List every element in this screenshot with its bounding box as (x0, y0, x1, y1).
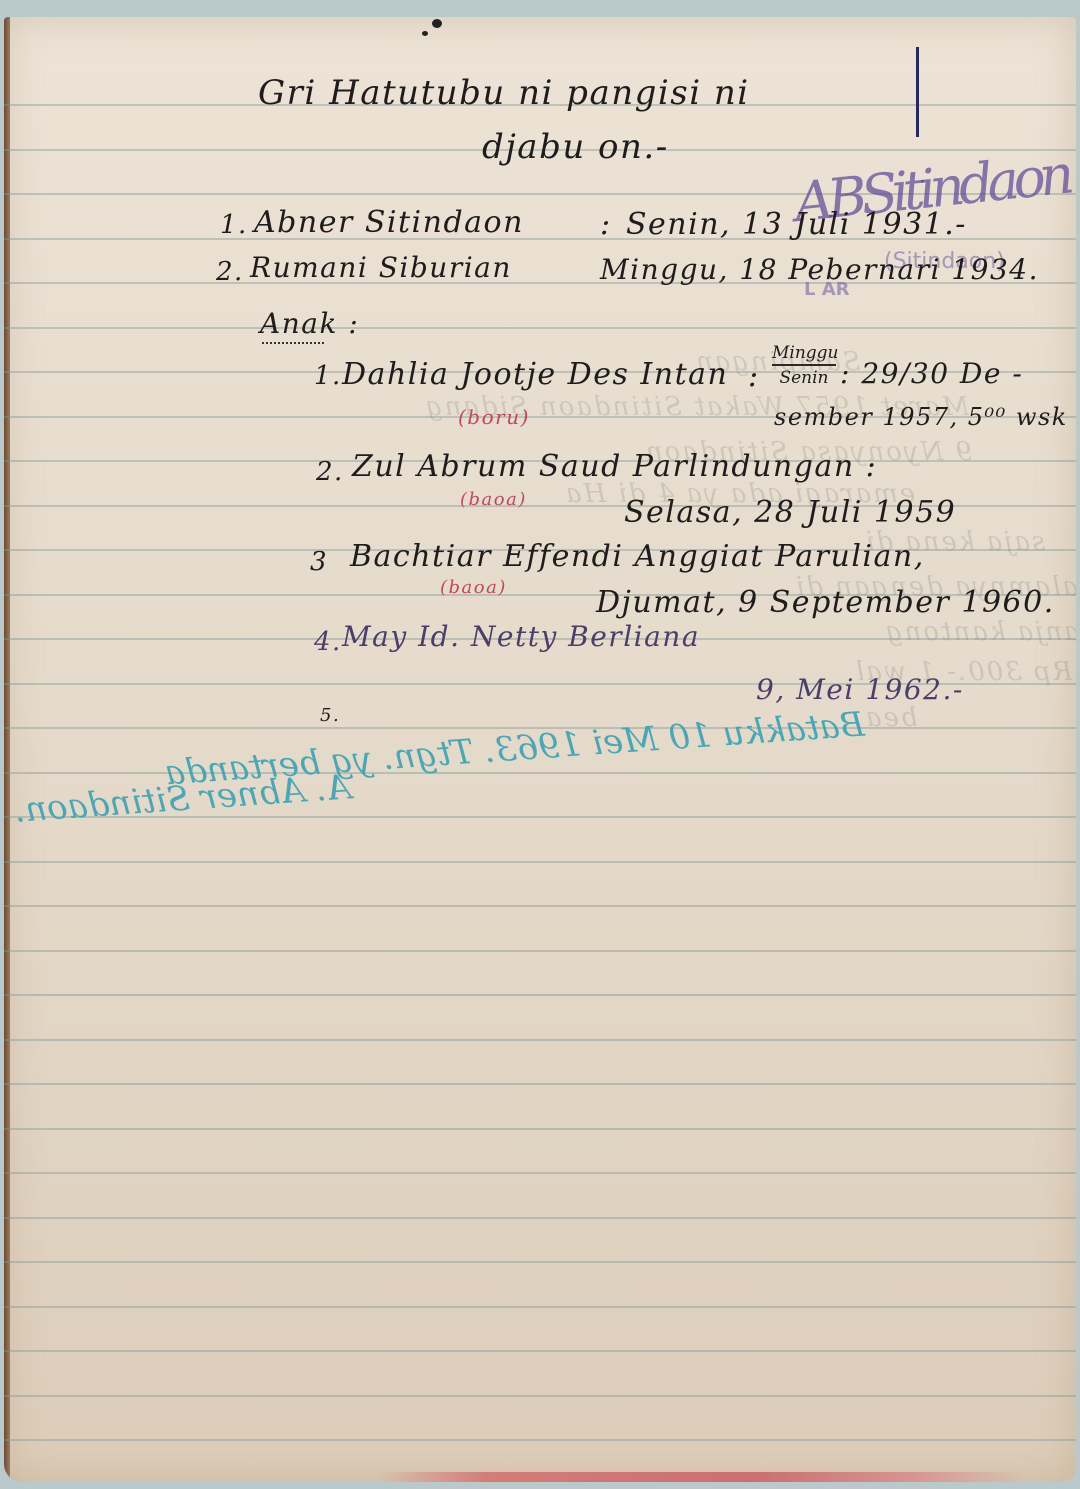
gender-label: (baoa) (440, 577, 507, 598)
gender-label: (baoa) (460, 489, 527, 510)
ink-dot (432, 19, 442, 28)
birth-date-line1: Selasa, 28 Juli 1959 (624, 495, 956, 530)
birth-date-line2: sember 1957, 5⁰⁰ wsk (774, 403, 1068, 431)
entry-number: 4. (314, 627, 342, 657)
children-heading: Anak : (260, 307, 359, 340)
separator: : (600, 207, 612, 242)
heading-wavy-underline (262, 342, 324, 348)
ink-dot (422, 31, 428, 36)
child-name: Bachtiar Effendi Anggiat Parulian, (350, 539, 925, 574)
parent-name: Rumani Siburian (250, 251, 512, 284)
entry-number: 3 (310, 547, 328, 577)
birth-date-line1: 9, Mei 1962.- (756, 673, 964, 706)
entry-number: 2. (316, 457, 344, 487)
day-fraction: Minggu Senin (772, 343, 836, 388)
margin-stroke (916, 47, 919, 137)
gender-label: (boru) (458, 405, 530, 429)
entry-number: 1. (220, 210, 248, 240)
parent-name: Abner Sitindaon (254, 205, 524, 240)
notebook-page: Sampingan Maret 1957 Wakat Sitindaon Sid… (4, 17, 1076, 1482)
child-name: May Id. Netty Berliana (342, 620, 700, 653)
page-title-line1: Gri Hatutubu ni pangisi ni (258, 73, 750, 113)
child-name: Dahlia Jootje Des Intan (342, 357, 728, 392)
entry-number-5: 5. (320, 705, 340, 726)
child-name: Zul Abrum Saud Parlindungan : (352, 449, 877, 484)
entry-number: 2. (216, 257, 244, 287)
page-title-line2: djabu on.- (482, 127, 669, 167)
birth-date-line1: Djumat, 9 September 1960. (596, 585, 1055, 620)
birth-date: Minggu, 18 Pebernari 1934. (600, 253, 1039, 286)
birth-date-line1: : 29/30 De - (840, 357, 1023, 390)
separator: : (748, 359, 760, 394)
birth-date: Senin, 13 Juli 1931.- (626, 207, 967, 242)
entry-number: 1. (314, 361, 342, 391)
